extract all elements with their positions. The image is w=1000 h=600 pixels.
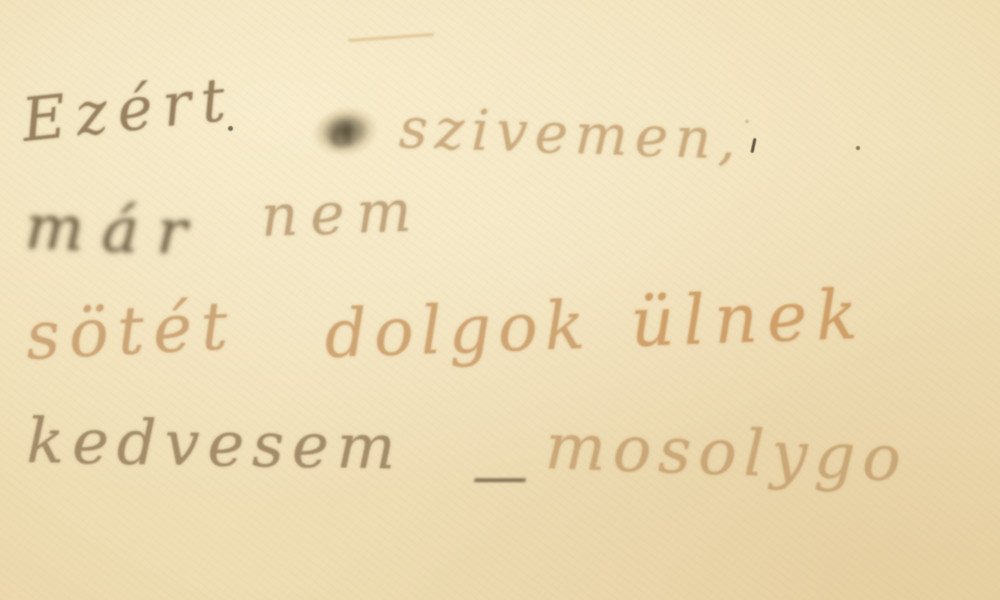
handwritten-word-szivemen: szivemen, xyxy=(398,96,744,173)
handwritten-word-ulnek: ülnek xyxy=(629,276,867,363)
handwritten-word-sotet: sötét xyxy=(24,287,238,375)
pencil-speck xyxy=(745,120,749,123)
handwritten-word-dolgok: dolgok xyxy=(323,287,593,373)
pencil-speck xyxy=(856,146,860,150)
stray-pencil-stroke xyxy=(348,33,434,42)
handwritten-word-kedvesem: kedvesem xyxy=(26,404,404,484)
handwritten-word-nem: nem xyxy=(260,176,425,250)
handwritten-word-mosolygo: mosolygo xyxy=(544,410,909,497)
smudged-word-a: a xyxy=(327,108,357,157)
handwritten-word-ezert: Ezért xyxy=(19,64,239,156)
stray-tick-mark xyxy=(750,138,756,153)
handwritten-word-mar-smudged: már xyxy=(24,190,206,269)
manuscript-paper: Ezért a szivemen, már nem sötét dolgok ü… xyxy=(0,0,1000,600)
handwritten-dash-mark: — xyxy=(472,444,528,509)
ink-smudge-over-word-a: a xyxy=(309,101,389,161)
